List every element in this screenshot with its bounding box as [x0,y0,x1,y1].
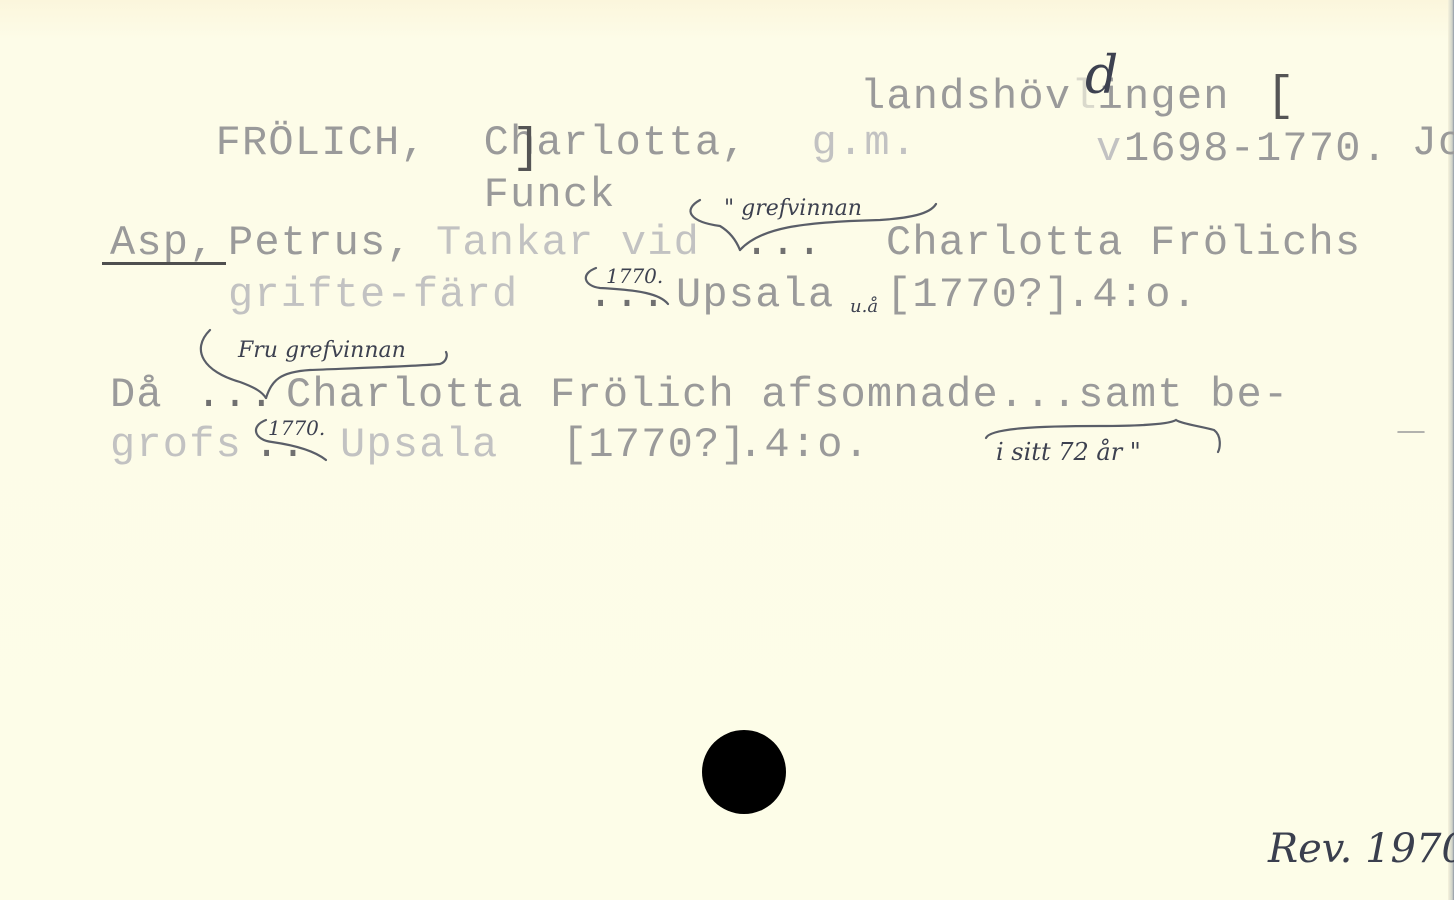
entry1-format: .4:o. [1066,272,1198,318]
handwritten-correction: d [1085,46,1118,106]
entry2-handwritten-note: i sitt 72 år " [996,438,1141,466]
entry2-format: .4:o. [738,422,870,468]
entry1-place: Upsala [676,272,834,318]
entry2-ellipsis: ... [196,372,275,418]
entry1-title-part1: Tankar vid [436,220,700,266]
entry1-year: [1770?] [886,272,1071,318]
bracket-close: ] [512,122,541,176]
catalog-card: FRÖLICH, Charlotta, g.m. landshövlingen … [0,0,1454,900]
entry1-author: Asp, [110,220,216,266]
entry1-no-date: u.å [850,296,878,317]
entry2-title-line2: grofs [110,422,242,468]
entry2-handwritten-year: 1770. [268,416,325,440]
entry2-title-part2: Charlotta Frölich afsomnade...samt be- [286,372,1289,418]
entry2-title-part1: Då [110,372,163,418]
entry2-year: [1770?] [562,422,747,468]
entry1-handwritten-year: 1770. [606,264,663,288]
punch-dot [702,730,786,814]
entry1-title-line2: grifte-färd [228,272,518,318]
entry1-ellipsis: ... [744,220,823,266]
revision-note: Rev. 1970 [1268,826,1454,872]
dates-prefix: v [1096,126,1122,172]
entry1-title-part2: Charlotta Frölichs [886,220,1361,266]
author-underline [102,262,226,265]
heading-spouse-title: landshövlingen [860,74,1230,120]
entry2-place: Upsala [340,422,498,468]
life-dates: 1698-1770. [1124,126,1388,172]
entry1-author-first: Petrus, [228,220,413,266]
entry2-handwritten-insertion: Fru grefvinnan [238,338,406,363]
entry1-handwritten-insertion: " grefvinnan [724,196,862,221]
bracket-open: [ [1266,70,1295,124]
